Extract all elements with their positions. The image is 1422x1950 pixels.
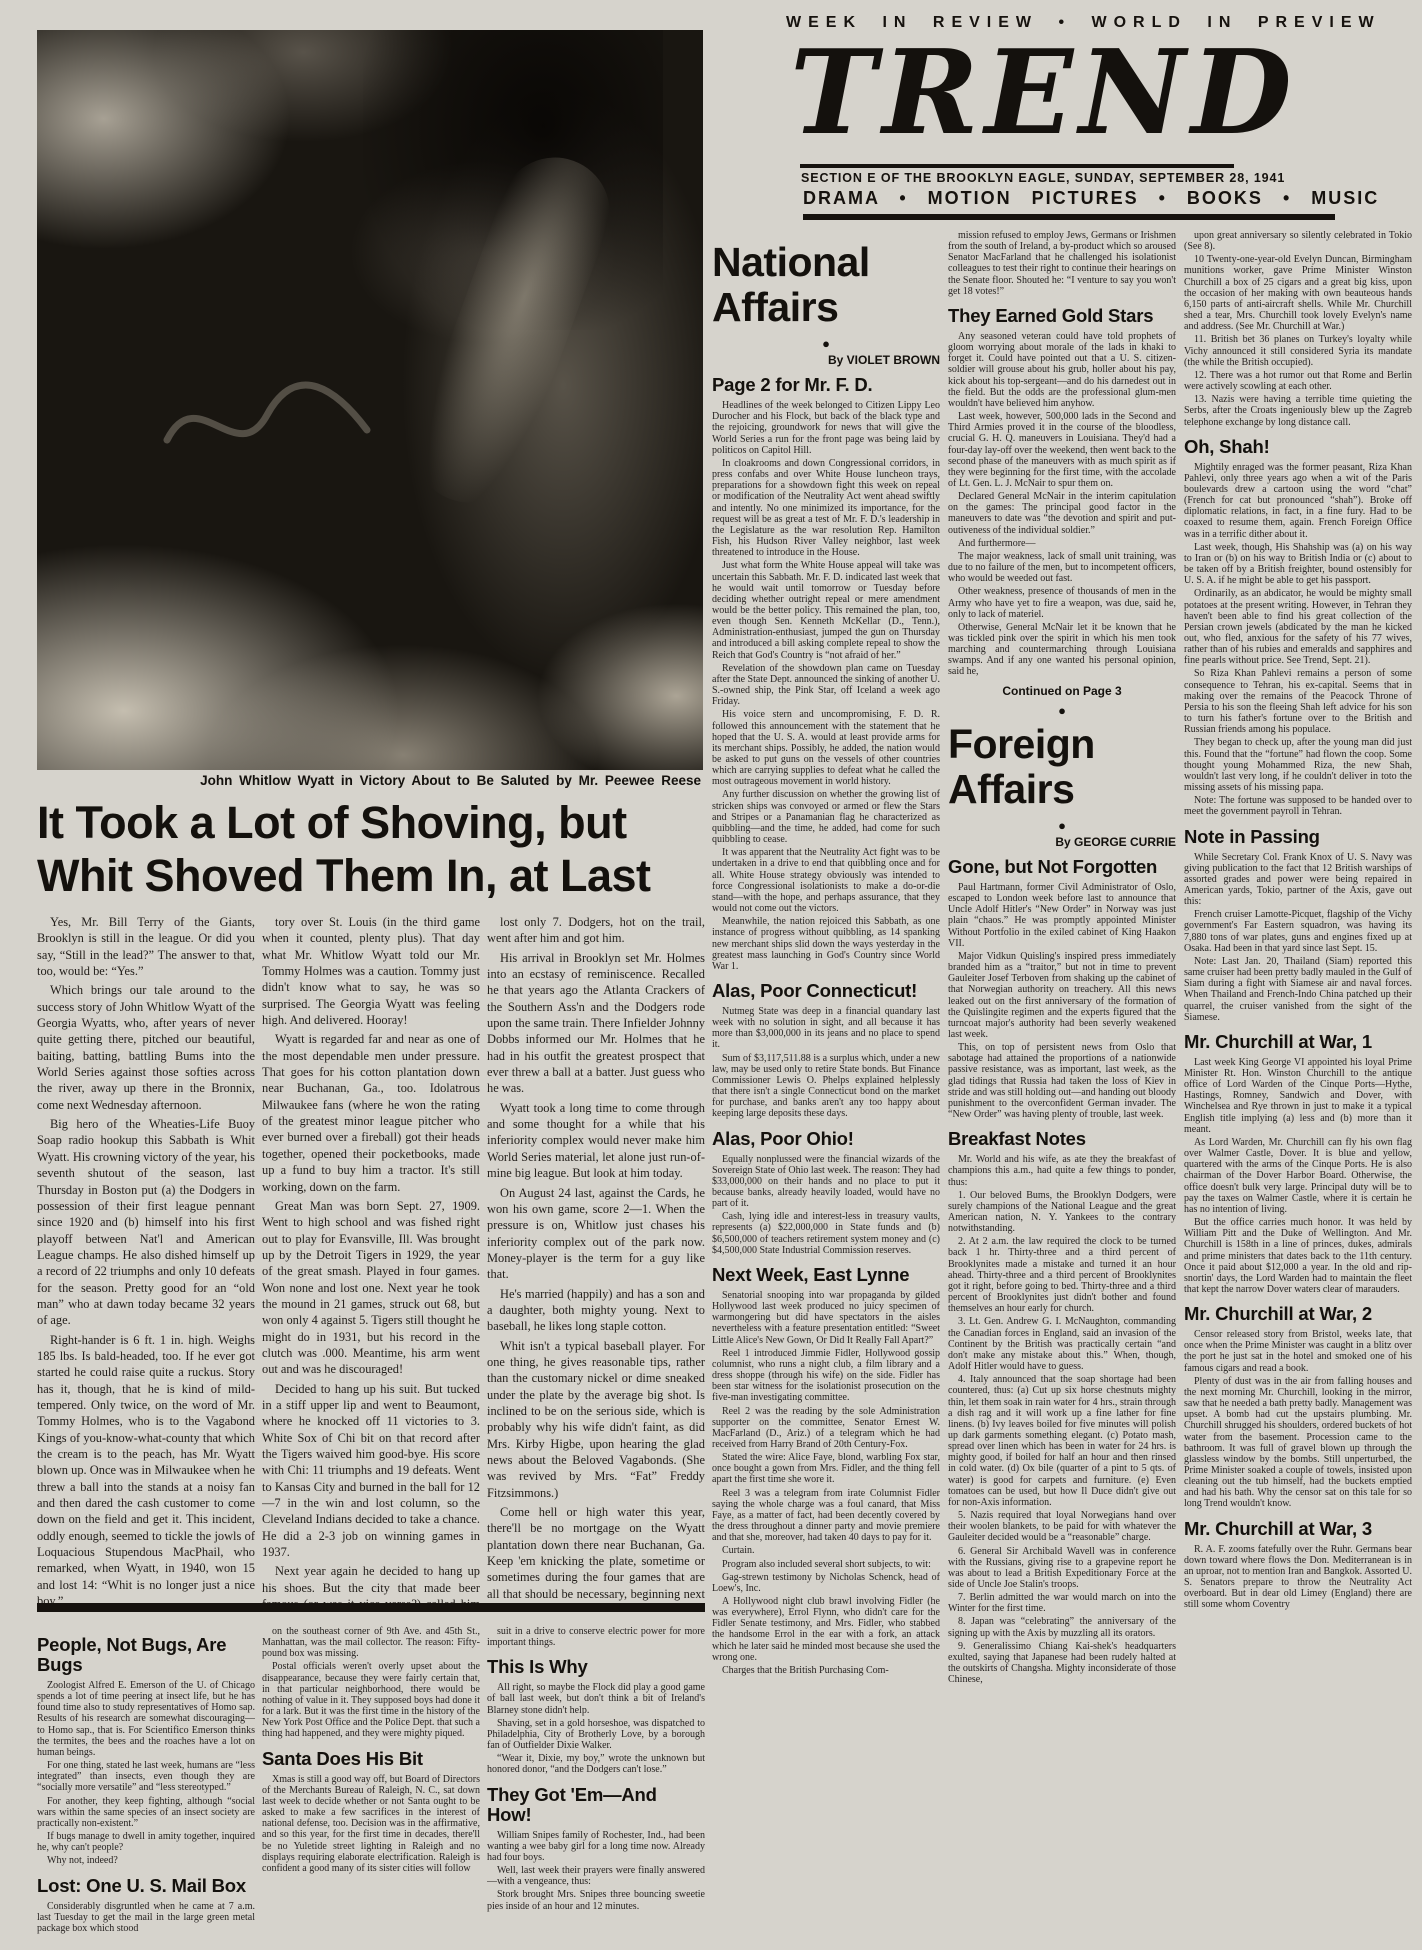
- section-body: Equally nonplussed were the financial wi…: [712, 1154, 940, 1256]
- section-body: William Snipes family of Rochester, Ind.…: [487, 1830, 705, 1912]
- paragraph: And furthermore—: [948, 538, 1176, 549]
- lead-headline-line1: It Took a Lot of Shoving, but: [37, 796, 713, 849]
- paragraph: 5. Nazis required that loyal Norwegians …: [948, 1510, 1176, 1543]
- middle-column: mission refused to employ Jews, Germans …: [948, 230, 1176, 1946]
- paragraph: Any seasoned veteran could have told pro…: [948, 331, 1176, 409]
- paragraph: tory over St. Louis (in the third game w…: [262, 914, 480, 1028]
- bullet-icon: ●: [948, 704, 1176, 717]
- paragraph: Gag-strewn testimony by Nicholas Schenck…: [712, 1572, 940, 1594]
- paragraph: Ordinarily, as an abdicator, he would be…: [1184, 588, 1412, 666]
- paragraph: Xmas is still a good way off, but Board …: [262, 1774, 480, 1874]
- paragraph: Well, last week their prayers were final…: [487, 1865, 705, 1887]
- bullet-icon: ●: [948, 819, 1176, 832]
- section-heading-gold-stars: They Earned Gold Stars: [948, 306, 1176, 326]
- dugout-photo: [37, 30, 703, 770]
- paragraph: Reel 1 introduced Jimmie Fidler, Hollywo…: [712, 1348, 940, 1404]
- paragraph: 11. British bet 36 planes on Turkey's lo…: [1184, 334, 1412, 367]
- section-body: Paul Hartmann, former Civil Administrato…: [948, 882, 1176, 1120]
- paragraph: 9. Generalissimo Chiang Kai-shek's headq…: [948, 1641, 1176, 1686]
- paragraph: Any further discussion on whether the gr…: [712, 789, 940, 845]
- section-body: Last week King George VI appointed his l…: [1184, 1057, 1412, 1295]
- continued-text: on the southeast corner of 9th Ave. and …: [262, 1626, 480, 1740]
- paragraph: For another, they keep fighting, althoug…: [37, 1796, 255, 1829]
- lead-headline: It Took a Lot of Shoving, but Whit Shove…: [37, 796, 713, 902]
- lead-column-1: Yes, Mr. Bill Terry of the Giants, Brook…: [37, 914, 255, 1604]
- paragraph: Declared General McNair in the interim c…: [948, 491, 1176, 536]
- paragraph: Considerably disgruntled when he came at…: [37, 1901, 255, 1934]
- paragraph: Last week, though, His Shahship was (a) …: [1184, 542, 1412, 587]
- paragraph: Last week, however, 500,000 lads in the …: [948, 411, 1176, 489]
- paragraph: Curtain.: [712, 1545, 940, 1556]
- section-body: Nutmeg State was deep in a financial qua…: [712, 1006, 940, 1120]
- national-affairs-column: National Affairs ● By VIOLET BROWN Page …: [712, 240, 940, 1946]
- section-heading-alas-ohio: Alas, Poor Ohio!: [712, 1129, 940, 1149]
- paragraph: Just what form the White House appeal wi…: [712, 560, 940, 660]
- bullet-icon: ●: [712, 337, 940, 350]
- paragraph: Wyatt is regarded far and near as one of…: [262, 1031, 480, 1194]
- paragraph: If bugs manage to dwell in amity togethe…: [37, 1831, 255, 1853]
- paragraph: Last week King George VI appointed his l…: [1184, 1057, 1412, 1135]
- section-heading-lost-mail-box: Lost: One U. S. Mail Box: [37, 1876, 255, 1896]
- section-body: Mr. World and his wife, as ate they the …: [948, 1154, 1176, 1685]
- paragraph: But the office carries much honor. It wa…: [1184, 1217, 1412, 1295]
- paragraph: Zoologist Alfred E. Emerson of the U. of…: [37, 1680, 255, 1758]
- section-heading-page-2: Page 2 for Mr. F. D.: [712, 375, 940, 395]
- section-heading-gone-not-forgotten: Gone, but Not Forgotten: [948, 857, 1176, 877]
- paragraph: Shaving, set in a gold horseshoe, was di…: [487, 1718, 705, 1751]
- paragraph: Note: Last Jan. 20, Thailand (Siam) repo…: [1184, 956, 1412, 1023]
- paragraph: Program also included several short subj…: [712, 1559, 940, 1570]
- national-affairs-title-line1: National: [712, 240, 940, 285]
- paragraph: 13. Nazis were having a terrible time qu…: [1184, 394, 1412, 427]
- section-body: Headlines of the week belonged to Citize…: [712, 400, 940, 972]
- paragraph: “Wear it, Dixie, my boy,” wrote the unkn…: [487, 1753, 705, 1775]
- paragraph: Decided to hang up his suit. But tucked …: [262, 1381, 480, 1561]
- paragraph: 12. There was a hot rumor out that Rome …: [1184, 370, 1412, 392]
- section-heading-oh-shah: Oh, Shah!: [1184, 437, 1412, 457]
- paragraph: A Hollywood night club brawl involving F…: [712, 1596, 940, 1663]
- paragraph: As Lord Warden, Mr. Churchill can fly hi…: [1184, 1137, 1412, 1215]
- paragraph: Sum of $3,117,511.88 is a surplus which,…: [712, 1053, 940, 1120]
- paragraph: suit in a drive to conserve electric pow…: [487, 1626, 705, 1648]
- paragraph: On August 24 last, against the Cards, he…: [487, 1185, 705, 1283]
- masthead-rule-thick: [803, 214, 1335, 220]
- masthead-departments-line: DRAMA • MOTION PICTURES • BOOKS • MUSIC: [803, 188, 1338, 209]
- paragraph: Mightily enraged was the former peasant,…: [1184, 462, 1412, 540]
- section-body: While Secretary Col. Frank Knox of U. S.…: [1184, 852, 1412, 1023]
- foreign-affairs-title-line2: Affairs: [948, 767, 1176, 812]
- paragraph: Which brings our tale around to the succ…: [37, 982, 255, 1113]
- section-heading-next-week-east-lynne: Next Week, East Lynne: [712, 1265, 940, 1285]
- continued-text: mission refused to employ Jews, Germans …: [948, 230, 1176, 297]
- masthead-rule-thin: [800, 164, 1234, 168]
- paragraph: Nutmeg State was deep in a financial qua…: [712, 1006, 940, 1051]
- paragraph: Equally nonplussed were the financial wi…: [712, 1154, 940, 1210]
- section-divider-rule: [37, 1603, 705, 1612]
- section-body: Any seasoned veteran could have told pro…: [948, 331, 1176, 678]
- paragraph: It was apparent that the Neutrality Act …: [712, 847, 940, 914]
- paragraph: upon great anniversary so silently celeb…: [1184, 230, 1412, 252]
- paragraph: Paul Hartmann, former Civil Administrato…: [948, 882, 1176, 949]
- jersey-script-icon: [157, 360, 377, 480]
- section-heading-santa-does-his-bit: Santa Does His Bit: [262, 1749, 480, 1769]
- paragraph: 7. Berlin admitted the war would march o…: [948, 1592, 1176, 1614]
- paragraph: Meanwhile, the nation rejoiced this Sabb…: [712, 916, 940, 972]
- paragraph: 4. Italy announced that the soap shortag…: [948, 1374, 1176, 1508]
- paragraph: He's married (happily) and has a son and…: [487, 1286, 705, 1335]
- paragraph: Whit isn't a typical baseball player. Fo…: [487, 1338, 705, 1501]
- paragraph: William Snipes family of Rochester, Ind.…: [487, 1830, 705, 1863]
- paragraph: 2. At 2 a.m. the law required the clock …: [948, 1236, 1176, 1314]
- national-affairs-title-line2: Affairs: [712, 285, 940, 330]
- continued-on-page-3: Continued on Page 3: [948, 686, 1176, 697]
- section-body: All right, so maybe the Flock did play a…: [487, 1682, 705, 1775]
- paragraph: Charges that the British Purchasing Com-: [712, 1665, 940, 1676]
- paragraph: His arrival in Brooklyn set Mr. Holmes i…: [487, 950, 705, 1097]
- continued-text: suit in a drive to conserve electric pow…: [487, 1626, 705, 1648]
- section-body: Xmas is still a good way off, but Board …: [262, 1774, 480, 1874]
- paragraph: They began to check up, after the young …: [1184, 737, 1412, 793]
- section-heading-churchill-3: Mr. Churchill at War, 3: [1184, 1519, 1412, 1539]
- masthead-title: TREND: [790, 28, 1240, 158]
- section-heading-people-not-bugs: People, Not Bugs, Are Bugs: [37, 1635, 255, 1675]
- paragraph: Wyatt took a long time to come through a…: [487, 1100, 705, 1182]
- paragraph: So Riza Khan Pahlevi remains a person of…: [1184, 668, 1412, 735]
- paragraph: Otherwise, General McNair let it be know…: [948, 622, 1176, 678]
- paragraph: In cloakrooms and down Congressional cor…: [712, 458, 940, 558]
- section-heading-note-in-passing: Note in Passing: [1184, 827, 1412, 847]
- bottom-column-3: suit in a drive to conserve electric pow…: [487, 1626, 705, 1946]
- paragraph: Stork brought Mrs. Snipes three bouncing…: [487, 1889, 705, 1911]
- masthead-edition-line: SECTION E OF THE BROOKLYN EAGLE, SUNDAY,…: [801, 171, 1241, 185]
- paragraph: Mr. World and his wife, as ate they the …: [948, 1154, 1176, 1187]
- paragraph: 10 Twenty-one-year-old Evelyn Duncan, Bi…: [1184, 254, 1412, 332]
- paragraph: Plenty of dust was in the air from falli…: [1184, 1376, 1412, 1510]
- section-heading-this-is-why: This Is Why: [487, 1657, 705, 1677]
- paragraph: lost only 7. Dodgers, hot on the trail, …: [487, 914, 705, 947]
- section-heading-they-got-em: They Got 'Em—And How!: [487, 1785, 705, 1825]
- paragraph: The major weakness, lack of small unit t…: [948, 551, 1176, 584]
- lead-column-3: lost only 7. Dodgers, hot on the trail, …: [487, 914, 705, 1604]
- bottom-column-1: People, Not Bugs, Are Bugs Zoologist Alf…: [37, 1626, 255, 1946]
- right-column: upon great anniversary so silently celeb…: [1184, 230, 1412, 1946]
- section-body: Considerably disgruntled when he came at…: [37, 1901, 255, 1934]
- continued-text: upon great anniversary so silently celeb…: [1184, 230, 1412, 428]
- paragraph: All right, so maybe the Flock did play a…: [487, 1682, 705, 1715]
- paragraph: 6. General Sir Archibald Wavell was in c…: [948, 1546, 1176, 1591]
- foreign-affairs-masthead: Foreign Affairs ● By GEORGE CURRIE: [948, 722, 1176, 848]
- paragraph: 8. Japan was “celebrating” the anniversa…: [948, 1616, 1176, 1638]
- section-heading-breakfast-notes: Breakfast Notes: [948, 1129, 1176, 1149]
- paragraph: French cruiser Lamotte-Picquet, flagship…: [1184, 909, 1412, 954]
- paragraph: Senatorial snooping into war propaganda …: [712, 1290, 940, 1346]
- paragraph: Cash, lying idle and interest-less in tr…: [712, 1211, 940, 1256]
- paragraph: Censor released story from Bristol, week…: [1184, 1329, 1412, 1374]
- paragraph: Big hero of the Wheaties-Life Buoy Soap …: [37, 1116, 255, 1328]
- paragraph: Note: The fortune was supposed to be han…: [1184, 795, 1412, 817]
- paragraph: Right-hander is 6 ft. 1 in. high. Weighs…: [37, 1332, 255, 1604]
- paragraph: Stated the wire: Alice Faye, blond, warb…: [712, 1452, 940, 1485]
- lead-column-2: tory over St. Louis (in the third game w…: [262, 914, 480, 1604]
- foreign-affairs-title-line1: Foreign: [948, 722, 1176, 767]
- paragraph: Reel 3 was a telegram from irate Columni…: [712, 1488, 940, 1544]
- paragraph: Yes, Mr. Bill Terry of the Giants, Brook…: [37, 914, 255, 979]
- section-heading-churchill-2: Mr. Churchill at War, 2: [1184, 1304, 1412, 1324]
- paragraph: R. A. F. zooms fatefully over the Ruhr. …: [1184, 1544, 1412, 1611]
- bottom-column-2: on the southeast corner of 9th Ave. and …: [262, 1626, 480, 1946]
- paragraph: 3. Lt. Gen. Andrew G. I. McNaughton, com…: [948, 1316, 1176, 1372]
- paragraph: Other weakness, presence of thousands of…: [948, 586, 1176, 619]
- national-affairs-masthead: National Affairs ● By VIOLET BROWN: [712, 240, 940, 366]
- paragraph: 1. Our beloved Bums, the Brooklyn Dodger…: [948, 1190, 1176, 1235]
- paragraph: Great Man was born Sept. 27, 1909. Went …: [262, 1198, 480, 1378]
- section-body: Senatorial snooping into war propaganda …: [712, 1290, 940, 1676]
- paragraph: This, on top of persistent news from Osl…: [948, 1042, 1176, 1120]
- lead-headline-line2: Whit Shoved Them In, at Last: [37, 849, 713, 902]
- paragraph: Headlines of the week belonged to Citize…: [712, 400, 940, 456]
- foreign-affairs-byline: By GEORGE CURRIE: [948, 837, 1176, 848]
- section-body: R. A. F. zooms fatefully over the Ruhr. …: [1184, 1544, 1412, 1611]
- paragraph: Why not, indeed?: [37, 1855, 255, 1866]
- section-heading-churchill-1: Mr. Churchill at War, 1: [1184, 1032, 1412, 1052]
- section-body: Mightily enraged was the former peasant,…: [1184, 462, 1412, 818]
- section-body: Zoologist Alfred E. Emerson of the U. of…: [37, 1680, 255, 1867]
- paragraph: Come hell or high water this year, there…: [487, 1504, 705, 1604]
- paragraph: Revelation of the showdown plan came on …: [712, 663, 940, 708]
- section-body: Censor released story from Bristol, week…: [1184, 1329, 1412, 1510]
- photo-caption: John Whitlow Wyatt in Victory About to B…: [37, 773, 701, 788]
- paragraph: Major Vidkun Quisling's inspired press i…: [948, 951, 1176, 1040]
- paragraph: Reel 2 was the reading by the sole Admin…: [712, 1406, 940, 1451]
- paragraph: While Secretary Col. Frank Knox of U. S.…: [1184, 852, 1412, 908]
- paragraph: His voice stern and uncompromising, F. D…: [712, 709, 940, 787]
- paragraph: on the southeast corner of 9th Ave. and …: [262, 1626, 480, 1659]
- section-heading-alas-connecticut: Alas, Poor Connecticut!: [712, 981, 940, 1001]
- paragraph: Postal officials weren't overly upset ab…: [262, 1661, 480, 1739]
- paragraph: Next year again he decided to hang up hi…: [262, 1563, 480, 1604]
- national-affairs-byline: By VIOLET BROWN: [712, 355, 940, 366]
- paragraph: For one thing, stated he last week, huma…: [37, 1760, 255, 1793]
- newspaper-page: WEEK IN REVIEW • WORLD IN PREVIEW TREND …: [0, 0, 1422, 1950]
